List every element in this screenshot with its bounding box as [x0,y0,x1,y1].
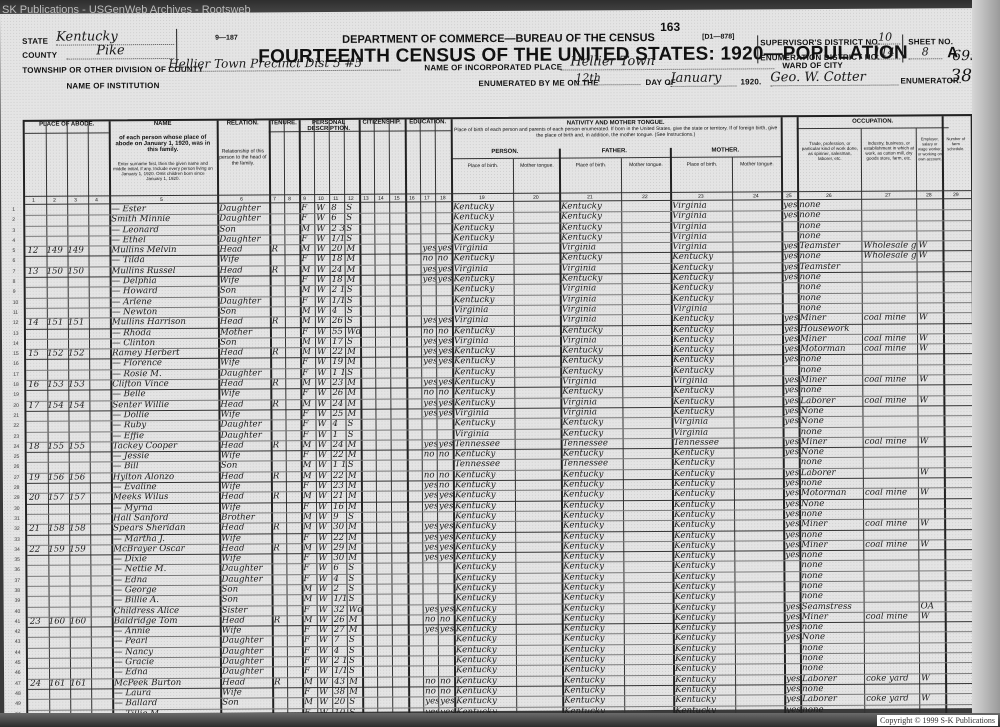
column-number: 6 [240,197,243,203]
line-number: 24 [14,443,20,453]
cell-mpob: Kentucky [674,459,734,469]
cell-race: W [316,204,329,214]
cell-mpob: Kentucky [675,696,735,706]
cell-sex: M [302,307,315,317]
cell-race: W [318,523,331,533]
cell-rd: no [425,677,438,687]
cell-wr: yes [438,265,452,275]
cell-mar: S [349,657,362,667]
cell-ind: coal mine [865,489,918,499]
cell-name: McPeek Burton [114,678,220,688]
cell-fpob: Kentucky [562,418,622,428]
cell-ind: Wholesale grocery [863,242,916,252]
line-number: 13 [13,329,19,339]
cell-mpob: Tennessee [674,438,734,448]
cell-pob: Kentucky [453,223,513,233]
cell-age: 26 [334,616,348,626]
cell-rel: Daughter [221,431,271,441]
cell-emp: W [918,252,942,262]
cell-race: W [319,647,332,657]
cell-race: W [319,626,332,636]
cell-mar: S [349,595,362,605]
cell-mar: M [348,482,361,492]
line-number: 3 [12,227,15,237]
cell-race: W [317,420,330,430]
group-name: NAME [109,121,217,132]
column-number: 14 [378,196,384,202]
cell-sex: M [302,338,315,348]
cell-rd: yes [425,626,438,636]
cell-mpob: Kentucky [674,480,734,490]
cell-fam: 161 [70,679,91,689]
cell-sex: F [302,420,315,430]
cell-pob: Kentucky [456,594,516,604]
cell-sex: M [302,379,315,389]
cell-wr: yes [437,244,451,254]
cell-sex: M [303,513,316,523]
visit-number: 21 [29,525,47,535]
cell-age: 1/12 [334,667,348,677]
cell-name: — Pearl [114,637,220,647]
cell-emp: OA [921,602,945,612]
group-person: PERSON. [451,149,559,160]
visit-number: 18 [29,443,47,453]
cell-dw: 151 [47,319,68,329]
cell-mar: S [349,647,362,657]
cell-sex: F [302,359,315,369]
line-number: 22 [13,422,19,432]
cell-fam: 155 [69,442,90,452]
name-description: of each person whose place of abode on J… [113,135,213,154]
cell-age: 21 [333,492,347,502]
cell-age: 32 [334,605,348,615]
ward-label: WARD OF CITY [782,61,843,70]
line-number: 47 [15,680,21,690]
cell-wr: yes [438,409,452,419]
cell-mar: M [347,276,360,286]
cell-mar: S [346,224,359,234]
cell-rd: yes [424,543,437,553]
cell-own: R [272,379,285,389]
cell-race: W [318,513,331,523]
line-number: 38 [14,587,20,597]
cell-sex: M [302,348,315,358]
state-label: STATE [22,37,48,46]
cell-fpob: Virginia [561,243,621,253]
cell-name: Mullins Russel [112,266,218,276]
cell-mar: S [348,430,361,440]
page-number: 163 [660,20,680,34]
line-number: 26 [14,463,20,473]
cell-eng: yes [785,520,799,530]
cell-mpob: Kentucky [674,562,734,572]
cell-wr: yes [439,502,453,512]
cell-eng: yes [786,685,800,695]
cell-race: W [317,328,330,338]
cell-rel: Wife [221,482,271,492]
cell-eng: yes [784,376,798,386]
cell-age: 6 [333,564,347,574]
cell-race: W [317,286,330,296]
cell-sex: F [301,214,314,224]
cell-age: 2 1/12 [332,286,346,296]
cell-own: R [272,348,285,358]
cell-age: 29 [333,544,347,554]
cell-mpob: Kentucky [674,541,734,551]
cell-rd: no [424,471,437,481]
cell-name: — Myrna [113,503,219,513]
trade-header: Trade, profession, or particular kind of… [801,141,859,161]
cell-fpob: Kentucky [562,346,622,356]
cell-name: — Jessie [113,452,219,462]
line-number: 35 [14,556,20,566]
cell-pob: Tennessee [455,460,515,470]
cell-rel: Wife [220,276,270,286]
cell-occ: Miner [802,613,864,623]
line-number: 41 [15,618,21,628]
cell-fpob: Virginia [562,305,622,315]
cell-pob: Kentucky [455,471,515,481]
line-number: 49 [15,700,21,710]
cell-mpob: Kentucky [674,572,734,582]
line-number: 1 [12,206,15,216]
cell-fam: 160 [70,617,91,627]
cell-pob: Kentucky [455,532,515,542]
cell-occ: none [799,232,861,242]
cell-wr: yes [438,358,452,368]
column-number: 15 [394,196,400,202]
cell-name: — Newton [112,308,218,318]
page-edge [972,0,1000,727]
cell-fpob: Virginia [562,315,622,325]
column-number: 8 [288,196,291,202]
cell-mar: S [348,461,361,471]
column-number: 4 [95,197,98,203]
cell-mar: M [348,441,361,451]
cell-name: — Howard [112,287,218,297]
cell-age: 1/12 [332,297,346,307]
cell-wr: no [440,677,454,687]
line-number: 46 [15,669,21,679]
cell-name: — Delphia [112,277,218,287]
cell-rd: no [422,255,435,265]
cell-sex: F [304,637,317,647]
cell-occ: none [802,685,864,695]
cell-emp: W [921,694,945,704]
cell-wr: no [440,687,454,697]
line-number: 45 [15,659,21,669]
column-number: 11 [333,196,338,202]
cell-age: 26 [332,389,346,399]
column-number: 16 [409,195,415,201]
cell-eng: yes [786,634,800,644]
cell-eng: yes [785,510,799,520]
cell-fpob: Kentucky [562,367,622,377]
cell-occ: none [800,386,862,396]
cell-mar: M [347,399,360,409]
column-number: 29 [953,192,959,198]
cell-ind: coal mine [864,314,917,324]
cell-mar: S [348,585,361,595]
cell-dw: 161 [49,679,70,689]
cell-race: W [319,636,332,646]
column-number: 27 [885,193,891,199]
visit-number: 19 [29,473,47,483]
cell-rd: no [423,327,436,337]
cell-ind: coke yard [866,674,919,684]
cell-fam: 156 [69,473,90,483]
cell-occ: none [801,510,863,520]
cell-rd: yes [424,481,437,491]
cell-mpob: Kentucky [673,294,733,304]
cell-fam: 149 [67,247,88,257]
farm-schedule-header: Number of farm schedule. [944,136,968,151]
cell-pob: Kentucky [456,604,516,614]
cell-pob: Kentucky [453,234,513,244]
cell-own: R [273,523,286,533]
cell-occ: None [801,499,863,509]
cell-wr: no [439,450,453,460]
cell-rel: Son [219,225,269,235]
cell-mar: S [347,317,360,327]
line-number: 44 [15,649,21,659]
visit-number: 15 [28,350,46,360]
cell-mpob: Kentucky [675,624,735,634]
cell-mar: M [349,677,362,687]
visit-number: 24 [30,679,48,689]
cell-mar: M [348,472,361,482]
cell-mpob: Virginia [674,428,734,438]
cell-pob: Kentucky [453,213,513,223]
cell-mar: M [348,544,361,554]
cell-pob: Virginia [454,265,514,275]
cell-rel: Daughter [221,565,271,575]
cell-name: — Belle [112,390,218,400]
cell-mar: S [347,369,360,379]
county-value: Pike [66,43,174,60]
cell-mpob: Kentucky [675,665,735,675]
cell-rd: no [425,615,438,625]
cell-race: W [316,235,329,245]
visit-number: 14 [28,319,46,329]
cell-occ: Housework [800,324,862,334]
cell-emp: W [920,519,944,529]
cell-dw: 150 [47,267,68,277]
cell-rel: Daughter [222,647,272,657]
cell-race: W [318,564,331,574]
cell-emp: W [921,674,945,684]
cell-ind: coal mine [864,396,917,406]
cell-sex: M [302,400,315,410]
cell-pob: Kentucky [454,399,514,409]
cell-mpob: Kentucky [673,274,733,284]
cell-rel: Head [221,441,271,451]
cell-race: W [317,348,330,358]
institution-label: NAME OF INSTITUTION [66,81,159,91]
cell-occ: Miner [800,376,862,386]
cell-mar: M [348,492,361,502]
census-rows: 1— EsterDaughterFW8SKentuckyKentuckyVirg… [25,200,974,721]
cell-rd: yes [424,492,437,502]
cell-age: 2 [333,585,347,595]
cell-eng: yes [784,417,798,427]
cell-age: 26 [332,317,346,327]
cell-race: W [318,431,331,441]
group-occupation: OCCUPATION. [797,118,949,129]
cell-fpob: Kentucky [562,388,622,398]
cell-rd: yes [423,265,436,275]
cell-rel: Son [220,307,270,317]
cell-rel: Daughter [219,204,269,214]
cell-name: Tackey Cooper [113,442,219,452]
cell-occ: none [801,530,863,540]
cell-eng: yes [785,479,799,489]
cell-ind: Wholesale grocery [863,252,916,262]
cell-occ: Miner [800,314,862,324]
cell-sex: F [301,256,314,266]
cell-eng: yes [784,273,798,283]
cell-mar: M [347,410,360,420]
cell-rd: yes [424,553,437,563]
cell-occ: Seamstress [802,602,864,612]
line-number: 25 [14,453,20,463]
line-number: 31 [14,515,20,525]
cell-age: 6 [331,214,345,224]
cell-age: 55 [332,327,346,337]
line-number: 40 [15,607,21,617]
cell-pob: Kentucky [455,543,515,553]
cell-own: R [273,544,286,554]
cell-wr: yes [438,337,452,347]
supervisor-label: SUPERVISOR'S DISTRICT NO. [760,38,880,48]
cell-pob: Kentucky [454,285,514,295]
cell-name: — Clinton [112,339,218,349]
cell-ind: coal mine [864,375,917,385]
cell-eng: yes [786,603,800,613]
cell-pob: Tennessee [455,440,515,450]
cell-fam: 157 [69,494,90,504]
cell-fam: 159 [69,545,90,555]
copyright-notice: Copyright © 1999 S-K Publications [877,715,998,726]
cell-pob: Virginia [454,409,514,419]
cell-age: 4 [333,575,347,585]
column-number: 9 [303,196,306,202]
cell-fpob: Kentucky [561,254,621,264]
cell-mar: S [349,636,362,646]
cell-race: W [319,678,332,688]
cell-wr: yes [438,347,452,357]
cell-ind: coal mine [864,334,917,344]
cell-fpob: Kentucky [562,326,622,336]
cell-race: W [318,575,331,585]
cell-sex: F [302,328,315,338]
cell-ind: coal mine [865,437,918,447]
visit-number: 13 [28,268,46,278]
cell-race: W [318,533,331,543]
cell-occ: none [800,293,862,303]
column-number: 13 [363,196,369,202]
cell-wr: yes [439,533,453,543]
cell-wr: yes [438,399,452,409]
cell-wr: no [440,615,454,625]
line-number: 12 [13,319,19,329]
line-number: 37 [14,577,20,587]
cell-pob: Virginia [454,306,514,316]
visit-number: 23 [30,618,48,628]
cell-mpob: Kentucky [673,346,733,356]
cell-rel: Daughter [220,369,270,379]
cell-sex: F [303,554,316,564]
cell-occ: Miner [801,438,863,448]
cell-rel: Son [222,596,272,606]
cell-rel: Head [220,349,270,359]
cell-rd: yes [423,409,436,419]
cell-eng: yes [784,356,798,366]
cell-rd: yes [425,605,438,615]
cell-fam: 154 [68,401,89,411]
cell-mar: M [346,255,359,265]
cell-age: 4 [334,647,348,657]
cell-sex: F [303,534,316,544]
cell-mar: S [348,513,361,523]
cell-sex: F [304,667,317,677]
cell-eng: yes [786,675,800,685]
cell-pob: Kentucky [456,687,516,697]
cell-mar: Wd [347,327,360,337]
line-number: 15 [13,350,19,360]
cell-eng: yes [784,263,798,273]
cell-fpob: Virginia [562,336,622,346]
cell-dw: 152 [47,350,68,360]
cell-race: W [318,503,331,513]
cell-race: W [317,338,330,348]
cell-wr: yes [439,440,453,450]
nativity-note: Place of birth of each person and parent… [451,125,781,139]
cell-eng: yes [783,211,797,221]
cell-fpob: Kentucky [564,676,624,686]
cell-eng: yes [786,623,800,633]
cell-race: W [319,595,332,605]
cell-age: 24 [332,266,346,276]
cell-mpob: Kentucky [675,593,735,603]
cell-rd: yes [423,378,436,388]
cell-pob: Kentucky [455,501,515,511]
cell-occ: none [799,211,861,221]
cell-eng: yes [783,201,797,211]
cell-rd: yes [423,337,436,347]
cell-rd: yes [423,347,436,357]
cell-rel: Head [219,246,269,256]
name-note: Enter surname first, then the given name… [113,161,213,182]
person-birthplace-header: Place of birth. [453,163,513,169]
cell-rd: no [425,687,438,697]
cell-sex: M [303,585,316,595]
visit-number: 20 [29,494,47,504]
cell-rd: yes [424,502,437,512]
cell-age: 22 [332,348,346,358]
cell-name: — Effie [113,431,219,441]
cell-occ: Laborer [800,396,862,406]
cell-name: Hylton Alonzo [113,472,219,482]
cell-name: McBrayer Oscar [113,544,219,554]
cell-race: W [317,266,330,276]
enumerated-year: 1920. [740,77,761,86]
cell-race: W [318,451,331,461]
cell-wr: yes [440,697,454,707]
cell-wr: yes [439,543,453,553]
father-tongue-header: Mother tongue. [623,162,669,168]
column-number: 26 [826,193,832,199]
